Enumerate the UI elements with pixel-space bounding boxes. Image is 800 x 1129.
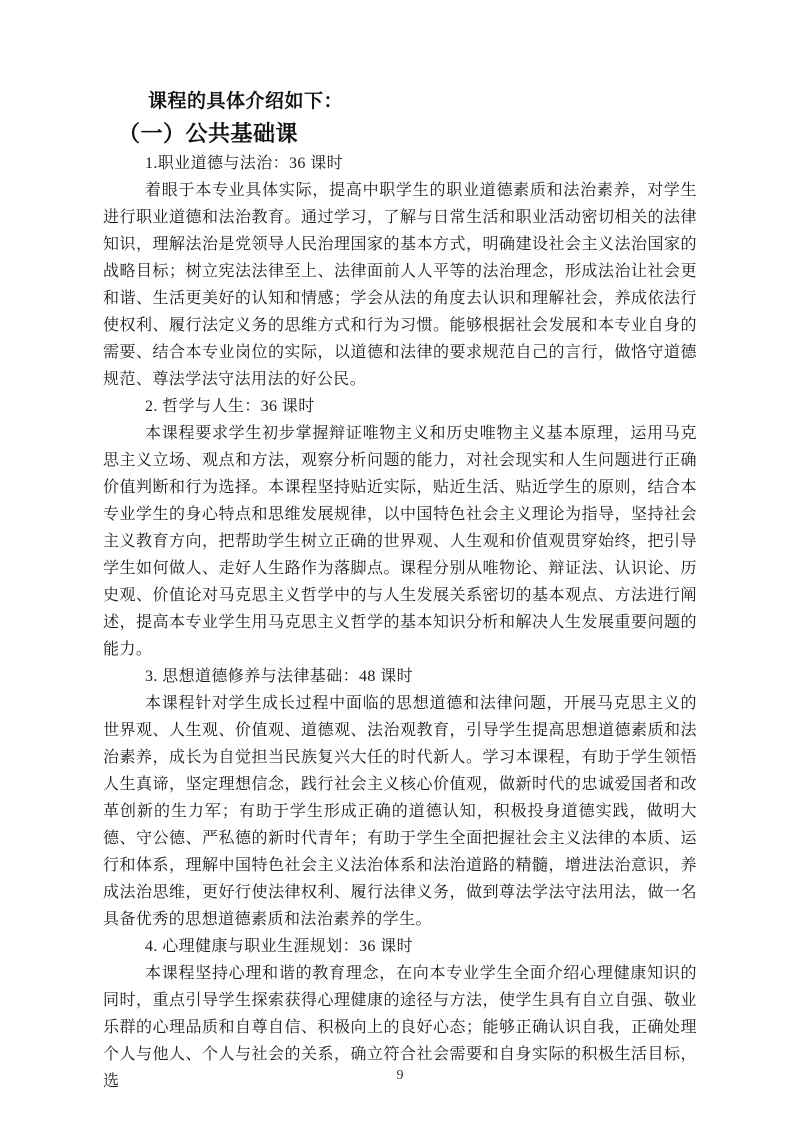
course-section-3: 3. 思想道德修养与法律基础：48 课时 本课程针对学生成长过程中面临的思想道德… <box>103 663 697 933</box>
course-title: 2. 哲学与人生：36 课时 <box>103 393 697 420</box>
document-page: 课程的具体介绍如下： （一）公共基础课 1.职业道德与法治：36 课时 着眼于本… <box>0 0 800 1129</box>
course-description: 着眼于本专业具体实际，提高中职学生的职业道德素质和法治素养，对学生进行职业道德和… <box>103 177 697 393</box>
course-section-2: 2. 哲学与人生：36 课时 本课程要求学生初步掌握辩证唯物主义和历史唯物主义基… <box>103 393 697 663</box>
course-description: 本课程针对学生成长过程中面临的思想道德和法律问题，开展马克思主义的世界观、人生观… <box>103 690 697 933</box>
course-title: 4. 心理健康与职业生涯规划：36 课时 <box>103 933 697 960</box>
course-section-1: 1.职业道德与法治：36 课时 着眼于本专业具体实际，提高中职学生的职业道德素质… <box>103 150 697 393</box>
subsection-heading: （一）公共基础课 <box>103 118 697 150</box>
course-title: 3. 思想道德修养与法律基础：48 课时 <box>103 663 697 690</box>
course-description: 本课程要求学生初步掌握辩证唯物主义和历史唯物主义基本原理，运用马克思主义立场、观… <box>103 420 697 663</box>
page-number: 9 <box>0 1068 800 1084</box>
course-title: 1.职业道德与法治：36 课时 <box>103 150 697 177</box>
section-heading: 课程的具体介绍如下： <box>103 86 697 118</box>
